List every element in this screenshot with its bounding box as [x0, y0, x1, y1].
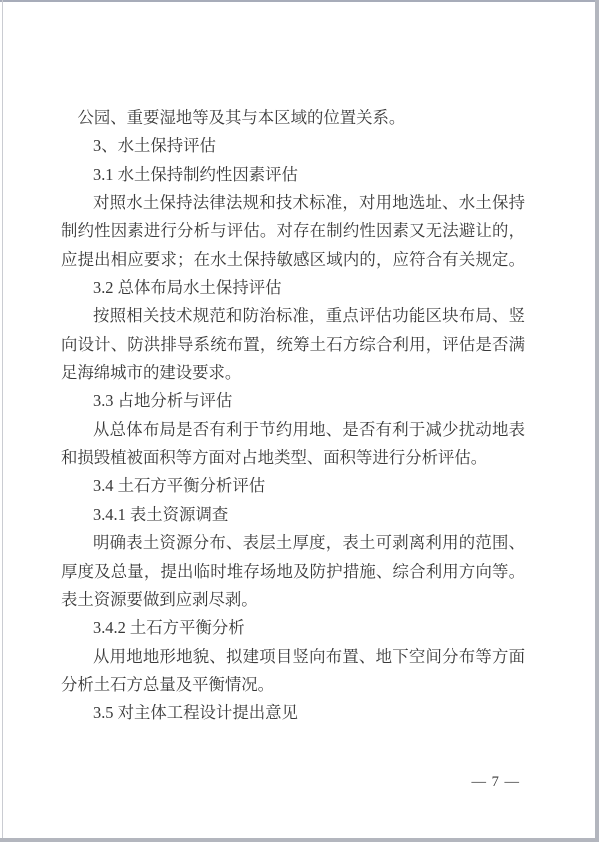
document-body: 公园、重要湿地等及其与本区域的位置关系。3、水土保持评估3.1 水土保持制约性因…: [61, 104, 525, 728]
text-line: 对照水土保持法律法规和技术标准，对用地选址、水土保持: [93, 189, 525, 217]
text-line: 厚度及总量，提出临时堆存场地及防护措施、综合利用方向等。: [61, 558, 525, 586]
text-line: 分析土石方总量及平衡情况。: [61, 671, 525, 699]
text-line: 足海绵城市的建设要求。: [61, 359, 525, 387]
text-line: 公园、重要湿地等及其与本区域的位置关系。: [78, 104, 526, 132]
page-edge-bottom: [0, 838, 599, 842]
page-edge-top: [0, 0, 599, 2]
text-line: 3.5 对主体工程设计提出意见: [93, 699, 525, 727]
text-line: 3.2 总体布局水土保持评估: [93, 274, 525, 302]
text-line: 3.3 占地分析与评估: [93, 387, 525, 415]
text-line: 3、水土保持评估: [93, 132, 525, 160]
text-line: 应提出相应要求；在水土保持敏感区域内的，应符合有关规定。: [61, 246, 525, 274]
text-line: 从用地地形地貌、拟建项目竖向布置、地下空间分布等方面: [93, 643, 525, 671]
text-line: 3.4 土石方平衡分析评估: [93, 472, 525, 500]
text-line: 3.1 水土保持制约性因素评估: [93, 161, 525, 189]
text-line: 制约性因素进行分析与评估。对存在制约性因素又无法避让的，: [61, 217, 525, 245]
text-line: 从总体布局是否有利于节约用地、是否有利于减少扰动地表: [93, 416, 525, 444]
text-line: 向设计、防洪排导系统布置，统筹土石方综合利用，评估是否满: [61, 331, 525, 359]
page-edge-left: [2, 0, 3, 842]
page-edge-right: [595, 0, 599, 842]
text-line: 和损毁植被面积等方面对占地类型、面积等进行分析评估。: [61, 444, 525, 472]
page-number: — 7 —: [472, 774, 521, 790]
text-line: 表土资源要做到应剥尽剥。: [61, 586, 525, 614]
text-line: 3.4.1 表土资源调查: [93, 501, 525, 529]
text-line: 3.4.2 土石方平衡分析: [93, 614, 525, 642]
text-line: 按照相关技术规范和防治标准，重点评估功能区块布局、竖: [93, 302, 525, 330]
text-line: 明确表土资源分布、表层土厚度，表土可剥离利用的范围、: [93, 529, 525, 557]
